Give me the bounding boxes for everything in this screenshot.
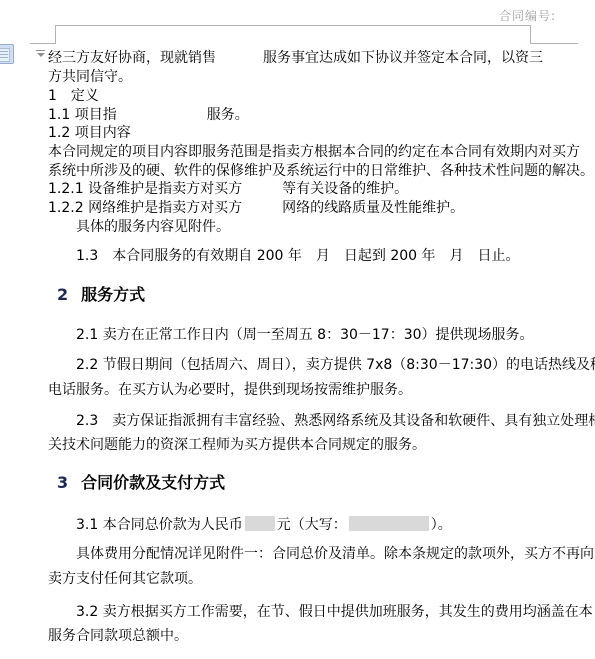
text-boundary-line-right-vertical [530, 25, 531, 44]
paste-options-icon [0, 44, 14, 64]
clause-2-number: 2 [57, 285, 68, 304]
clause-2-2-line-2: 电话服务。在买方认为必要时，提供到现场按需维护服务。 [48, 382, 412, 399]
clause-1-2-body-line-2: 系统中所涉及的硬、软件的保修维护及系统运行中的日常维护、各种技术性问题的解决。 [48, 163, 594, 180]
clause-2-3-line-1: 2.3 卖方保证指派拥有丰富经验、熟悉网络系统及其设备和软硬件、具有独立处理相 [76, 413, 595, 430]
document-page: 合同编号: 经三方友好协商，现就销售服务事宜达成如下协议并签定本合同，以资三 方… [0, 0, 595, 659]
amount-form-field[interactable] [245, 516, 275, 531]
clause-1-heading: 1 定义 [48, 88, 99, 105]
blank-space [242, 211, 282, 212]
clause-1-2-1: 1.2.1 设备维护是指卖方对买方等有关设备的维护。 [48, 181, 408, 198]
clause-3-1: 3.1 本合同总价款为人民币元（大写：）。 [76, 516, 452, 534]
clause-3-2-line-2: 服务合同款项总额中。 [48, 628, 188, 645]
clause-3-1-text-c: ）。 [431, 517, 452, 533]
blank-space [216, 61, 263, 62]
text-boundary-line-left-vertical [55, 25, 56, 44]
clause-3-number: 3 [57, 473, 68, 492]
clause-3-2-line-1: 3.2 卖方根据买方工作需要，在节、假日中提供加班服务，其发生的费用均涵盖在本 [76, 604, 593, 621]
text-boundary-line-top [55, 25, 531, 26]
clause-1-2-2-text-b: 网络的线路质量及性能维护。 [282, 200, 464, 216]
clause-1-1: 1.1 项目指服务。 [48, 107, 249, 124]
contract-number-label: 合同编号: [499, 7, 556, 24]
clause-1-2-1-text-a: 1.2.1 设备维护是指卖方对买方 [48, 181, 242, 197]
clause-3-heading: 3合同价款及支付方式 [57, 473, 225, 492]
paste-options-button[interactable] [0, 44, 45, 64]
clause-1-1-text-b: 服务。 [207, 107, 249, 123]
clause-3-1-note-line-1: 具体费用分配情况详见附件一：合同总价及清单。除本条规定的款项外，买方不再向 [76, 546, 594, 563]
clause-1-2: 1.2 项目内容 [48, 125, 131, 142]
clause-3-1-note-line-2: 卖方支付任何其它款项。 [48, 571, 202, 588]
clause-2-2-line-1: 2.2 节假日期间（包括周六、周日），卖方提供 7x8（8:30－17:30）的… [76, 357, 595, 374]
amount-in-words-form-field[interactable] [349, 516, 429, 531]
clause-3-title: 合同价款及支付方式 [81, 473, 225, 492]
blank-space [117, 118, 207, 119]
clause-1-note: 具体的服务内容见附件。 [76, 219, 230, 236]
clause-3-1-text-a: 3.1 本合同总价款为人民币 [76, 517, 243, 533]
clause-3-1-text-b: 元（大写： [277, 517, 347, 533]
clause-2-title: 服务方式 [81, 285, 145, 304]
clause-1-3: 1.3 本合同服务的有效期自 200 年 月 日起到 200 年 月 日止。 [76, 248, 520, 265]
clause-1-2-2: 1.2.2 网络维护是指卖方对买方网络的线路质量及性能维护。 [48, 200, 464, 217]
clause-1-1-text-a: 1.1 项目指 [48, 107, 117, 123]
clause-1-2-1-text-b: 等有关设备的维护。 [282, 181, 408, 197]
intro-line-2: 方共同信守。 [48, 69, 132, 86]
blank-space [242, 192, 282, 193]
intro-text-b: 服务事宜达成如下协议并签定本合同，以资三 [263, 50, 543, 66]
chevron-down-icon [36, 50, 45, 58]
intro-line-1: 经三方友好协商，现就销售服务事宜达成如下协议并签定本合同，以资三 [48, 50, 543, 67]
clause-2-1: 2.1 卖方在正常工作日内（周一至周五 8：30－17：30）提供现场服务。 [76, 327, 534, 344]
clause-2-3-line-2: 关技术问题能力的资深工程师为买方提供本合同规定的服务。 [48, 437, 426, 454]
clause-1-2-2-text-a: 1.2.2 网络维护是指卖方对买方 [48, 200, 242, 216]
clause-2-heading: 2服务方式 [57, 285, 145, 304]
intro-text-a: 经三方友好协商，现就销售 [48, 50, 216, 66]
clause-1-2-body-line-1: 本合同规定的项目内容即服务范围是指卖方根据本合同的约定在本合同有效期内对买方 [48, 144, 580, 161]
text-boundary-line-right-low [530, 43, 578, 44]
